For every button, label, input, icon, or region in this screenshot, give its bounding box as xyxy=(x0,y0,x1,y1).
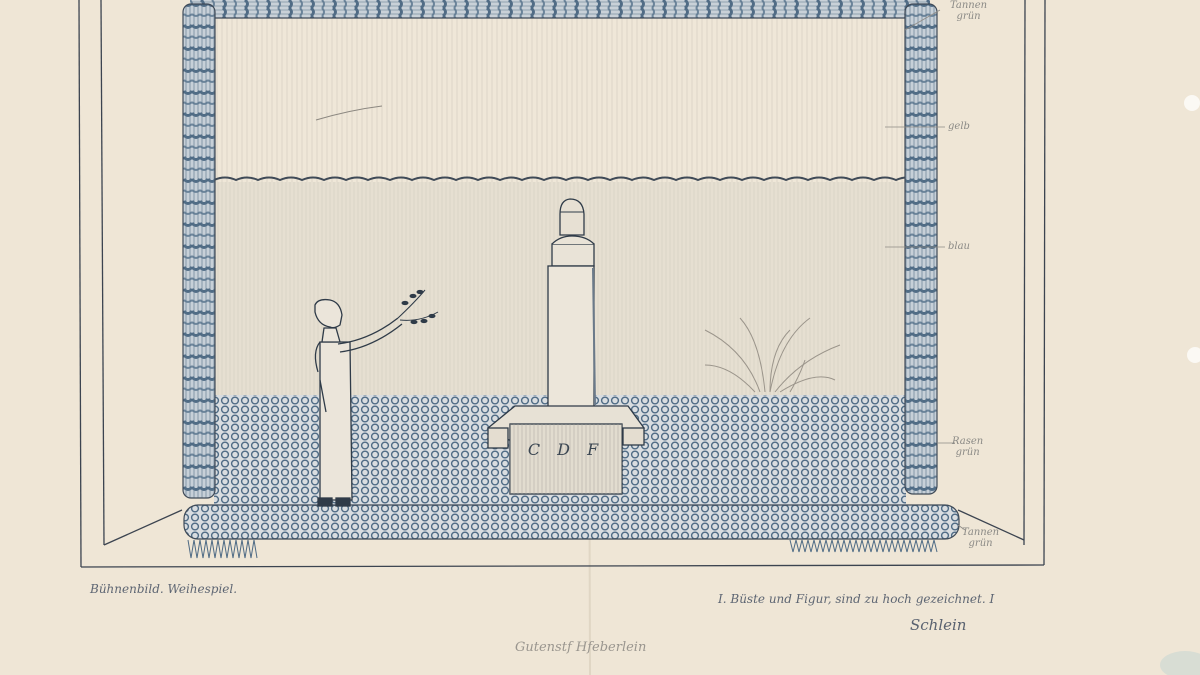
annotation-line: Rasen xyxy=(952,436,983,447)
annotation-line: grün xyxy=(950,11,987,22)
annotation-rasen-gruen: Rasen grün xyxy=(952,436,983,458)
annotation-line: blau xyxy=(948,241,970,252)
pedestal-inscription: C D F xyxy=(528,440,604,459)
punch-hole-icon xyxy=(1184,95,1200,111)
caption-buehnenbild: Bühnenbild. Weihespiel. xyxy=(90,582,237,596)
annotation-line: grün xyxy=(952,447,983,458)
annotation-gelb: gelb xyxy=(948,121,970,132)
annotation-line: grün xyxy=(962,538,999,549)
note-bueste-und-figur: I. Büste und Figur, sind zu hoch gezeich… xyxy=(718,592,994,606)
annotation-blau: blau xyxy=(948,241,970,252)
annotation-line: gelb xyxy=(948,121,970,132)
annotation-line: Tannen xyxy=(950,0,987,11)
stage-design-drawing: C D F xyxy=(0,0,1200,675)
annotation-tannen-gruen-bottom: Tannen grün xyxy=(962,527,999,549)
pencil-inscription: Gutenstf Hfeberlein xyxy=(515,640,646,655)
annotation-tannen-gruen-top: Tannen grün xyxy=(950,0,987,22)
artist-signature: Schlein xyxy=(910,616,966,634)
annotation-line: Tannen xyxy=(962,527,999,538)
